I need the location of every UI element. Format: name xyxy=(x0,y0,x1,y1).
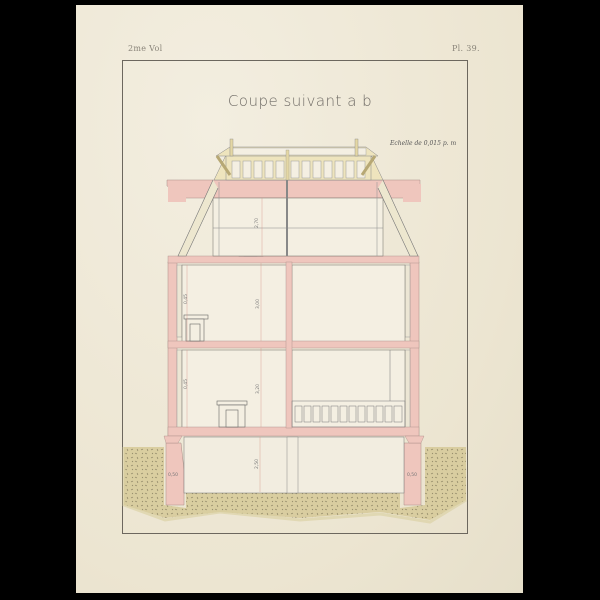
cellar-partition xyxy=(287,437,298,493)
svg-text:0,50: 0,50 xyxy=(168,472,178,478)
svg-text:0,45: 0,45 xyxy=(183,294,189,304)
fireplace-first-floor xyxy=(217,401,247,427)
svg-text:2,70: 2,70 xyxy=(254,218,260,228)
svg-text:0,45: 0,45 xyxy=(183,379,189,389)
section-drawing: 2,70 3,00 3,20 2,50 0,45 0,45 0,50 0,50 xyxy=(0,0,600,600)
svg-text:3,00: 3,00 xyxy=(255,299,261,309)
svg-text:2,50: 2,50 xyxy=(254,459,260,469)
central-partition xyxy=(286,262,292,428)
svg-text:3,20: 3,20 xyxy=(255,384,261,394)
mansard-roof xyxy=(167,139,421,256)
svg-text:0,50: 0,50 xyxy=(407,472,417,478)
